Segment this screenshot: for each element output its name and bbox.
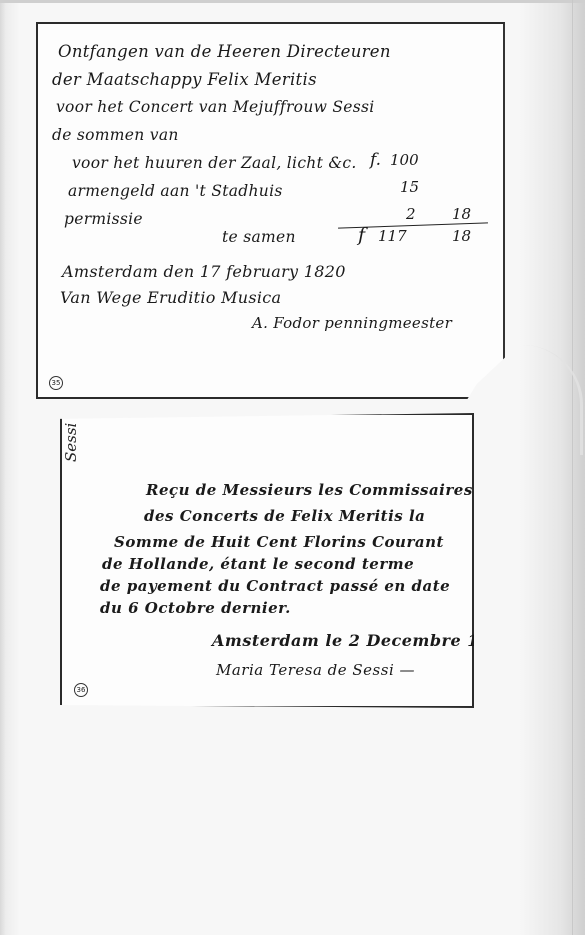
receipt-1-line-4: de sommen van [52,126,179,144]
receipt-1-total-currency: f [358,224,365,246]
receipt-1-line-1: Ontfangen van de Heeren Directeuren [58,42,391,61]
receipt-1-date-line: Amsterdam den 17 february 1820 [62,262,346,281]
receipt-1-total-label: te samen [222,228,296,246]
page-top-edge [0,0,585,3]
receipt-2-date-line: Amsterdam le 2 Decembre 1819 [212,631,514,650]
receipt-2-line-5: de payement du Contract passé en date [100,577,450,595]
receipt-2-line-1: Reçu de Messieurs les Commissaires [146,481,473,499]
receipt-2-line-2: des Concerts de Felix Meritis la [144,507,425,525]
folio-number-36: 36 [74,683,88,697]
receipt-2-line-3: Somme de Huit Cent Florins Courant [114,533,444,551]
page-right-edge [572,0,573,935]
receipt-1-item-1-label: voor het huuren der Zaal, licht &c. [72,154,357,172]
receipt-2-signature: Maria Teresa de Sessi — [216,661,415,679]
receipt-1-item-3-label: permissie [64,210,143,228]
receipt-1-issuer-line: Van Wege Eruditio Musica [60,288,281,307]
folio-number-35: 35 [49,376,63,390]
receipt-2-margin-note: Sessi [62,423,80,462]
receipt-1-signature: A. Fodor penningmeester [252,314,452,332]
receipt-1-line-2: der Maatschappy Felix Meritis [52,70,317,89]
receipt-1-item-2-label: armengeld aan 't Stadhuis [68,182,283,200]
receipt-1-item-2-guilders: 15 [400,178,419,196]
receipt-2-line-6: du 6 Octobre dernier. [100,599,291,617]
receipt-2-slip: Reçu de Messieurs les Commissaires des C… [60,413,474,708]
receipt-1-item-3-stivers: 18 [452,205,471,223]
receipt-1-total-stivers: 18 [452,227,471,245]
receipt-1-item-1-currency: f. [370,150,381,170]
receipt-2-line-4: de Hollande, étant le second terme [102,555,414,573]
receipt-1-slip: Ontfangen van de Heeren Directeuren der … [36,22,505,399]
receipt-1-item-3-guilders: 2 [406,205,416,223]
receipt-1-total-guilders: 117 [378,227,407,245]
receipt-1-line-3: voor het Concert van Mejuffrouw Sessi [56,98,375,116]
receipt-1-item-1-guilders: 100 [390,151,419,169]
